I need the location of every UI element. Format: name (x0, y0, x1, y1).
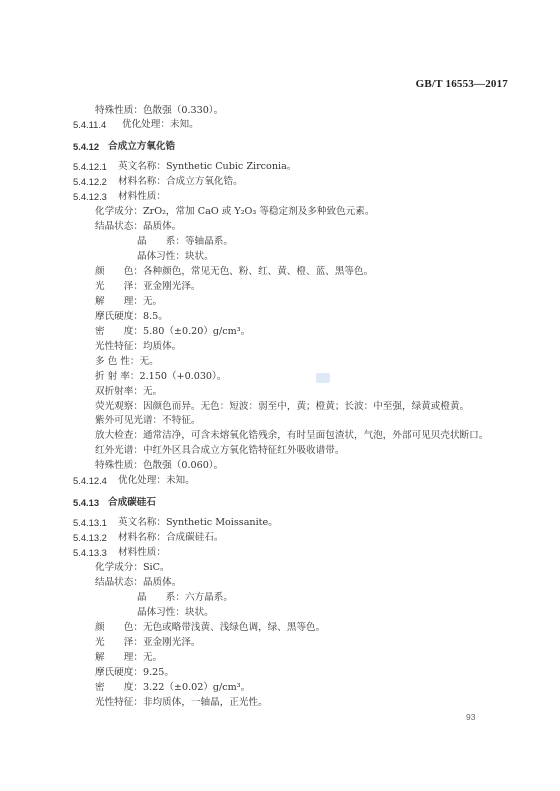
clause-number: 5.4.12 (73, 139, 99, 155)
clause-text: 解 理：无。 (95, 294, 162, 310)
clause-text: 解 理：无。 (95, 650, 162, 666)
page-number: 93 (466, 712, 475, 722)
clause-text: 红外光谱：中红外区具合成立方氧化锆特征红外吸收谱带。 (95, 443, 344, 459)
clause-number: 5.4.11.4 (73, 117, 106, 133)
clause-text: 紫外可见光谱：不特征。 (95, 413, 201, 429)
clause-text: 折 射 率：2.150（+0.030）。 (95, 369, 226, 385)
clause-text: 化学成分：ZrO₂，常加 CaO 或 Y₂O₃ 等稳定剂及多种致色元素。 (95, 204, 374, 220)
clause-text: 晶体习性：块状。 (137, 605, 214, 621)
clause-text: 优化处理：未知。 (118, 473, 195, 489)
clause-number: 5.4.13.3 (73, 545, 107, 561)
heading-text: 合成碳硅石 (108, 495, 156, 511)
clause-text: 放大检查：通常洁净，可含未熔氧化锆残余，有时呈面包渣状，气泡，外部可见贝壳状断口… (95, 428, 488, 444)
clause-text: 材料名称：合成碳硅石。 (118, 530, 224, 546)
clause-number: 5.4.13 (73, 495, 99, 511)
clause-text: 密 度：5.80（±0.20）g/cm³。 (95, 324, 250, 340)
clause-number: 5.4.13.2 (73, 530, 107, 546)
clause-number: 5.4.12.4 (73, 473, 107, 489)
clause-text: 颜 色：无色或略带浅黄、浅绿色调，绿、黑等色。 (95, 620, 325, 636)
clause-text: 摩氏硬度：8.5。 (95, 309, 168, 325)
clause-text: 光 泽：亚金刚光泽。 (95, 635, 201, 651)
clause-text: 密 度：3.22（±0.02）g/cm³。 (95, 680, 250, 696)
clause-text: 材料性质： (118, 189, 166, 205)
clause-text: 材料性质： (118, 545, 166, 561)
clause-text: 晶 系：六方晶系。 (137, 590, 233, 606)
clause-text: 优化处理：未知。 (122, 117, 199, 133)
clause-text: 摩氏硬度：9.25。 (95, 665, 174, 681)
clause-text: 晶体习性：块状。 (137, 249, 214, 265)
clause-text: 化学成分：SiC。 (95, 560, 170, 576)
clause-number: 5.4.13.1 (73, 515, 107, 531)
clause-text: 多 色 性：无。 (95, 354, 159, 370)
heading-text: 合成立方氧化锆 (108, 139, 175, 155)
clause-text: 颜 色：各种颜色，常见无色、粉、红、黄、橙、蓝、黑等色。 (95, 264, 373, 280)
document-page: GB/T 16553—2017 特殊性质：色散强（0.330）。5.4.11.4… (0, 0, 560, 791)
clause-text: 晶 系：等轴晶系。 (137, 234, 233, 250)
clause-text: 光性特征：非均质体，一轴晶，正光性。 (95, 695, 268, 711)
clause-text: 光性特征：均质体。 (95, 339, 181, 355)
clause-text: 英文名称：Synthetic Cubic Zirconia。 (118, 159, 296, 175)
clause-text: 光 泽：亚金刚光泽。 (95, 279, 201, 295)
clause-text: 特殊性质：色散强（0.060）。 (95, 458, 223, 474)
clause-number: 5.4.12.1 (73, 159, 107, 175)
clause-text: 材料名称：合成立方氧化锆。 (118, 174, 243, 190)
standard-number: GB/T 16553—2017 (416, 78, 508, 90)
clause-text: 结晶状态：晶质体。 (95, 575, 181, 591)
clause-text: 双折射率：无。 (95, 384, 162, 400)
watermark-icon (316, 373, 330, 383)
clause-text: 结晶状态：晶质体。 (95, 219, 181, 235)
clause-text: 英文名称：Synthetic Moissanite。 (118, 515, 278, 531)
clause-number: 5.4.12.2 (73, 174, 107, 190)
clause-number: 5.4.12.3 (73, 189, 107, 205)
